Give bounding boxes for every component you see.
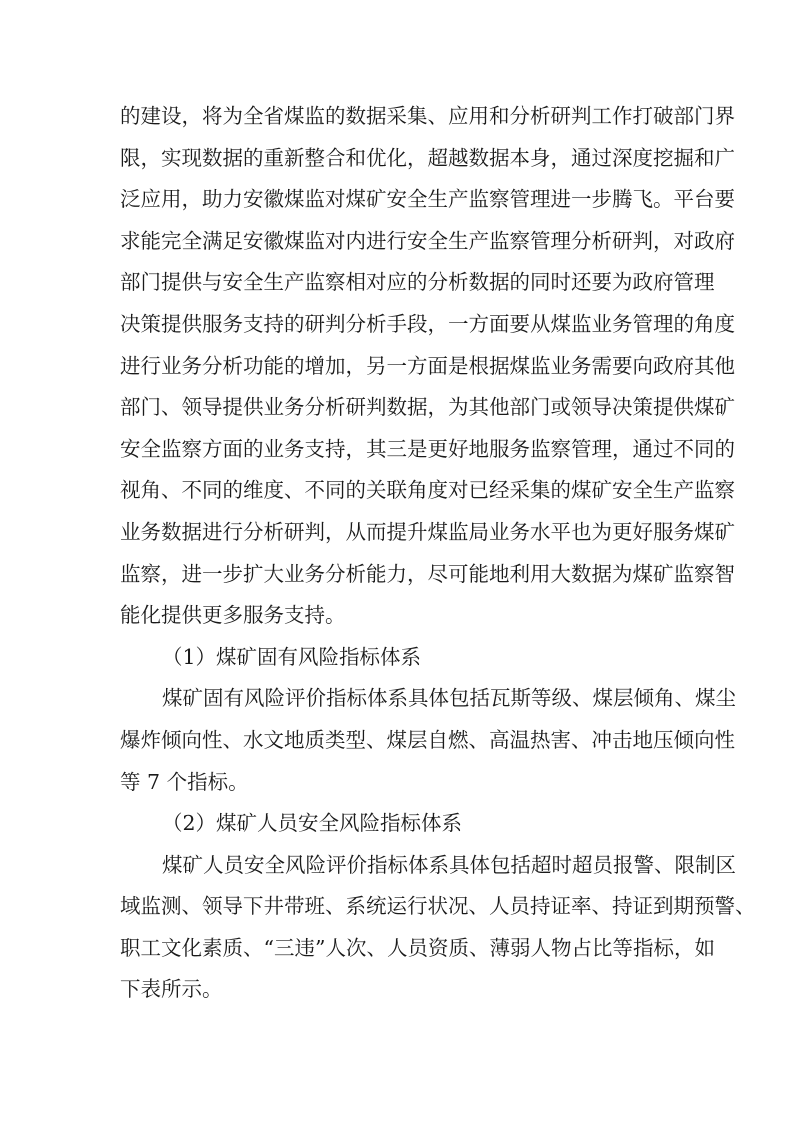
text-line: 煤矿固有风险评价指标体系具体包括瓦斯等级、煤层倾角、煤尘 xyxy=(120,678,673,720)
text-line: 部门、领导提供业务分析研判数据，为其他部门或领导决策提供煤矿 xyxy=(120,387,673,429)
section-heading-inherent-risk: （1）煤矿固有风险指标体系 xyxy=(120,637,673,679)
text-line: 职工文化素质、“三违”人次、人员资质、薄弱人物占比等指标，如 xyxy=(120,928,673,970)
text-line: 进行业务分析功能的增加，另一方面是根据煤监业务需要向政府其他 xyxy=(120,346,673,388)
text-line: 安全监察方面的业务支持，其三是更好地服务监察管理，通过不同的 xyxy=(120,429,673,471)
text-line: 限，实现数据的重新整合和优化，超越数据本身，通过深度挖掘和广 xyxy=(120,138,673,180)
text-line: 域监测、领导下井带班、系统运行状况、人员持证率、持证到期预警、 xyxy=(120,886,673,928)
text-line: 业务数据进行分析研判，从而提升煤监局业务水平也为更好服务煤矿 xyxy=(120,512,673,554)
personnel-risk-paragraph: 煤矿人员安全风险评价指标体系具体包括超时超员报警、限制区 域监测、领导下井带班、… xyxy=(120,845,673,1011)
intro-paragraph: 的建设，将为全省煤监的数据采集、应用和分析研判工作打破部门界 限，实现数据的重新… xyxy=(120,96,673,637)
text-line: 煤矿人员安全风险评价指标体系具体包括超时超员报警、限制区 xyxy=(120,845,673,887)
text-line: 部门提供与安全生产监察相对应的分析数据的同时还要为政府管理 xyxy=(120,262,673,304)
text-line: 的建设，将为全省煤监的数据采集、应用和分析研判工作打破部门界 xyxy=(120,96,673,138)
text-line: 求能完全满足安徽煤监对内进行安全生产监察管理分析研判，对政府 xyxy=(120,221,673,263)
document-page: 的建设，将为全省煤监的数据采集、应用和分析研判工作打破部门界 限，实现数据的重新… xyxy=(120,96,673,1011)
text-line: 决策提供服务支持的研判分析手段，一方面要从煤监业务管理的角度 xyxy=(120,304,673,346)
text-line: 能化提供更多服务支持。 xyxy=(120,595,673,637)
text-line: 等 7 个指标。 xyxy=(120,762,673,804)
text-line: 爆炸倾向性、水文地质类型、煤层自燃、高温热害、冲击地压倾向性 xyxy=(120,720,673,762)
text-line: 监察，进一步扩大业务分析能力，尽可能地利用大数据为煤矿监察智 xyxy=(120,554,673,596)
text-line: 视角、不同的维度、不同的关联角度对已经采集的煤矿安全生产监察 xyxy=(120,470,673,512)
section-heading-personnel-risk: （2）煤矿人员安全风险指标体系 xyxy=(120,803,673,845)
text-line: 下表所示。 xyxy=(120,969,673,1011)
text-line: 泛应用，助力安徽煤监对煤矿安全生产监察管理进一步腾飞。平台要 xyxy=(120,179,673,221)
inherent-risk-paragraph: 煤矿固有风险评价指标体系具体包括瓦斯等级、煤层倾角、煤尘 爆炸倾向性、水文地质类… xyxy=(120,678,673,803)
